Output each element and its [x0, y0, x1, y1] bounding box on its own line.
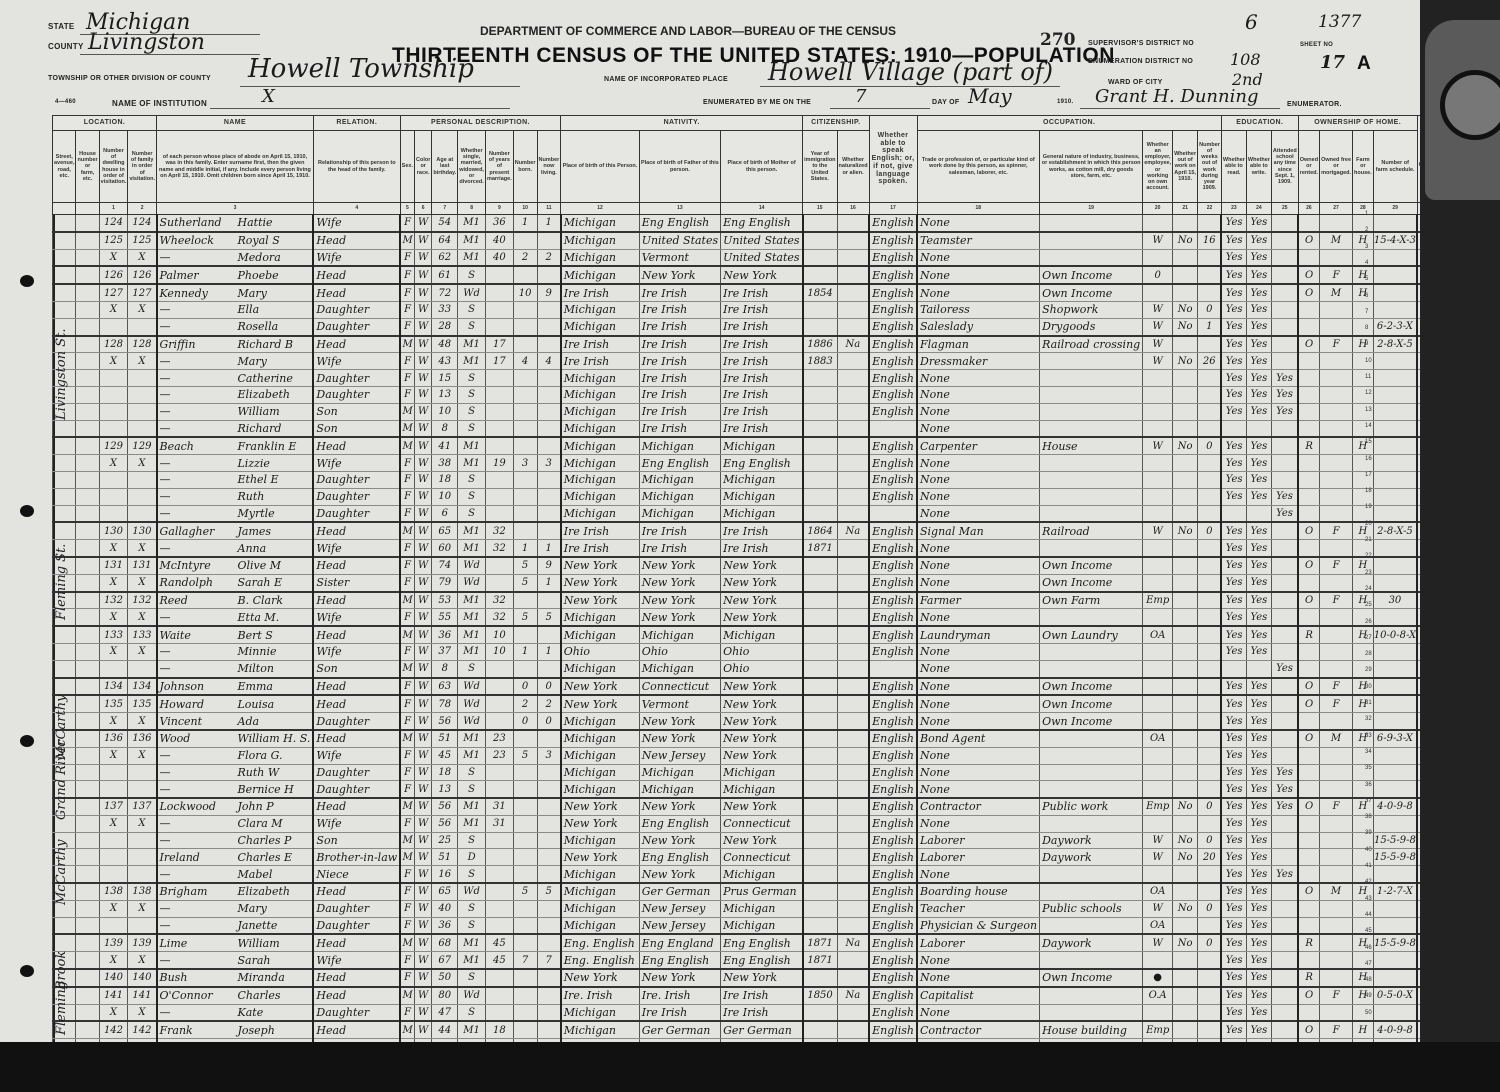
year-label: 1910.: [1057, 99, 1074, 105]
cell-wr: Yes: [1246, 832, 1271, 849]
cell-dwelling: [99, 917, 128, 934]
cell-bp: Ire Irish: [561, 336, 639, 353]
cell-family: X: [128, 1004, 157, 1021]
cell-relation: Daughter: [313, 900, 400, 917]
cell-wr: Yes: [1246, 1021, 1271, 1038]
cell-mort: [1320, 626, 1353, 643]
given-name: Mary: [238, 287, 267, 300]
cell-living: [537, 1021, 561, 1038]
cell-trade: None: [917, 266, 1040, 284]
cell-emp: OA: [1143, 917, 1173, 934]
cell-living: 7: [537, 952, 561, 969]
cell-relation: Daughter: [313, 713, 400, 730]
cell-bpm: Eng English: [721, 952, 803, 969]
cell-dwelling: [99, 849, 128, 866]
given-name: Sarah E: [238, 576, 283, 589]
cell-marital: S: [458, 266, 486, 284]
cell-sex: F: [400, 678, 414, 696]
cell-sch: [1271, 626, 1298, 643]
cell-sex: F: [400, 883, 414, 900]
cell-wr: Yes: [1246, 386, 1271, 403]
cell-living: [537, 626, 561, 643]
cell-house: [76, 883, 99, 900]
cell-rd: Yes: [1221, 730, 1246, 747]
group-location: LOCATION.: [53, 116, 157, 131]
cell-emp: [1143, 284, 1173, 301]
cell-bpf: Eng English: [639, 849, 720, 866]
cell-oow: [1173, 626, 1198, 643]
cell-industry: Own Income: [1040, 969, 1143, 987]
cell-trade: None: [917, 952, 1040, 969]
cell-race: W: [415, 574, 432, 591]
cell-sch: [1271, 987, 1298, 1004]
cell-yrs: [485, 266, 513, 284]
header-trade: Trade or profession of, or particular ki…: [917, 131, 1040, 203]
cell-age: 44: [432, 1021, 458, 1038]
line-number: 25: [1365, 602, 1372, 608]
cell-born: [513, 386, 537, 403]
cell-oow: [1173, 505, 1198, 522]
cell-relation: Head: [313, 522, 400, 539]
cell-wk: [1198, 730, 1222, 747]
cell-wk: [1198, 540, 1222, 557]
cell-born: 7: [513, 952, 537, 969]
cell-emp: W: [1143, 832, 1173, 849]
cell-wk: [1198, 505, 1222, 522]
cell-sch: [1271, 455, 1298, 472]
cell-trade: None: [917, 403, 1040, 420]
cell-name: —Ruth W: [157, 764, 314, 781]
surname: —: [160, 251, 238, 264]
cell-nat: [837, 678, 869, 696]
cell-emp: W: [1143, 301, 1173, 318]
cell-street: [53, 420, 76, 437]
cell-industry: [1040, 540, 1143, 557]
cell-mort: [1320, 747, 1353, 764]
cell-oow: [1173, 678, 1198, 696]
cell-sched: [1373, 301, 1417, 318]
column-number: 21: [1173, 203, 1198, 215]
cell-nat: [837, 815, 869, 832]
given-name: Emma: [238, 680, 273, 693]
cell-sched: 6-9-3-X: [1373, 730, 1417, 747]
cell-bpm: Michigan: [721, 764, 803, 781]
cell-trade: None: [917, 695, 1040, 712]
cell-bpm: Eng English: [721, 455, 803, 472]
cell-family: 128: [128, 336, 157, 353]
cell-nat: Na: [837, 934, 869, 951]
street-name: Fleming: [54, 981, 69, 1035]
cell-imm: 1864: [803, 522, 837, 539]
table-row: 136136WoodWilliam H. S.HeadMW51M123Michi…: [53, 730, 1500, 747]
sheet-label: SHEET No: [1300, 42, 1333, 48]
surname: —: [160, 320, 238, 333]
cell-bpm: Michigan: [721, 505, 803, 522]
cell-sex: F: [400, 900, 414, 917]
cell-dwelling: 124: [99, 215, 128, 232]
group-occupation: OCCUPATION.: [917, 116, 1221, 131]
table-row: XX—Etta M.WifeFW55M13255MichiganNew York…: [53, 609, 1500, 626]
cell-born: [513, 969, 537, 987]
cell-age: 8: [432, 420, 458, 437]
line-number: 22: [1365, 553, 1372, 559]
cell-dwelling: [99, 505, 128, 522]
cell-sch: [1271, 592, 1298, 609]
cell-wr: Yes: [1246, 781, 1271, 798]
cell-sched: [1373, 574, 1417, 591]
cell-trade: None: [917, 386, 1040, 403]
cell-name: BushMiranda: [157, 969, 314, 987]
cell-emp: [1143, 403, 1173, 420]
given-name: Janette: [238, 919, 278, 932]
cell-lang: English: [869, 643, 917, 660]
cell-living: 5: [537, 609, 561, 626]
cell-emp: W: [1143, 934, 1173, 951]
cell-age: 40: [432, 900, 458, 917]
surname: —: [160, 749, 238, 762]
cell-family: 130: [128, 522, 157, 539]
table-row: —RuthDaughterFW10SMichiganMichiganMichig…: [53, 488, 1500, 505]
cell-wr: Yes: [1246, 969, 1271, 987]
cell-mort: [1320, 370, 1353, 387]
cell-family: 139: [128, 934, 157, 951]
cell-industry: [1040, 232, 1143, 249]
cell-marital: M1: [458, 934, 486, 951]
cell-born: [513, 660, 537, 677]
cell-marital: M1: [458, 437, 486, 454]
cell-industry: Railroad crossing: [1040, 336, 1143, 353]
cell-born: [513, 866, 537, 883]
cell-nat: [837, 215, 869, 232]
cell-sched: 15-5-9-8: [1373, 934, 1417, 951]
cell-marital: M1: [458, 592, 486, 609]
cell-imm: [803, 781, 837, 798]
cell-oow: [1173, 747, 1198, 764]
cell-rd: Yes: [1221, 987, 1246, 1004]
table-row: 130130GallagherJamesHeadMW65M132Ire Iris…: [53, 522, 1500, 539]
cell-sch: Yes: [1271, 866, 1298, 883]
cell-born: 1: [513, 643, 537, 660]
cell-own: [1298, 215, 1319, 232]
cell-race: W: [415, 266, 432, 284]
cell-wk: 0: [1198, 934, 1222, 951]
cell-yrs: [485, 471, 513, 488]
cell-wr: Yes: [1246, 730, 1271, 747]
cell-wr: Yes: [1246, 522, 1271, 539]
cell-house: [76, 215, 99, 232]
cell-lang: English: [869, 215, 917, 232]
cell-living: [537, 266, 561, 284]
cell-dwelling: X: [99, 574, 128, 591]
cell-trade: None: [917, 488, 1040, 505]
cell-name: GallagherJames: [157, 522, 314, 539]
cell-name: —Bernice H: [157, 781, 314, 798]
surname: —: [160, 783, 238, 796]
cell-name: —Catherine: [157, 370, 314, 387]
cell-lang: English: [869, 471, 917, 488]
cell-emp: [1143, 660, 1173, 677]
cell-sex: F: [400, 609, 414, 626]
cell-own: O: [1298, 336, 1319, 353]
cell-born: [513, 592, 537, 609]
cell-age: 67: [432, 952, 458, 969]
cell-dwelling: X: [99, 1004, 128, 1021]
cell-age: 37: [432, 643, 458, 660]
given-name: Mary: [238, 902, 267, 915]
cell-mort: [1320, 249, 1353, 266]
surname: Kennedy: [160, 287, 238, 300]
cell-wk: 0: [1198, 301, 1222, 318]
cell-family: [128, 420, 157, 437]
cell-wr: Yes: [1246, 266, 1271, 284]
cell-wr: Yes: [1246, 488, 1271, 505]
cell-mort: [1320, 832, 1353, 849]
cell-yrs: [485, 764, 513, 781]
cell-sched: [1373, 969, 1417, 987]
cell-dwelling: [99, 318, 128, 335]
cell-lang: English: [869, 952, 917, 969]
cell-age: 8: [432, 660, 458, 677]
cell-born: 1: [513, 540, 537, 557]
supervisor-district: 6: [1245, 10, 1258, 34]
cell-imm: [803, 471, 837, 488]
county-value: Livingston: [88, 30, 205, 55]
cell-mort: [1320, 505, 1353, 522]
cell-born: [513, 522, 537, 539]
cell-wr: Yes: [1246, 917, 1271, 934]
cell-nat: [837, 952, 869, 969]
cell-street: [53, 678, 76, 696]
cell-dwelling: 140: [99, 969, 128, 987]
cell-bp: New York: [561, 815, 639, 832]
cell-race: W: [415, 540, 432, 557]
line-number: 2: [1365, 227, 1368, 233]
cell-sch: [1271, 900, 1298, 917]
cell-sex: F: [400, 643, 414, 660]
line-number: 8: [1365, 325, 1368, 331]
cell-imm: [803, 488, 837, 505]
given-name: Milton: [238, 662, 274, 675]
cell-lang: English: [869, 301, 917, 318]
cell-oow: [1173, 866, 1198, 883]
cell-age: 48: [432, 336, 458, 353]
cell-wk: 26: [1198, 353, 1222, 370]
sheet-letter: A: [1357, 53, 1371, 75]
cell-name: —Etta M.: [157, 609, 314, 626]
cell-bpf: New York: [639, 832, 720, 849]
cell-sex: M: [400, 403, 414, 420]
cell-oow: [1173, 781, 1198, 798]
cell-yrs: 45: [485, 952, 513, 969]
cell-bp: Michigan: [561, 420, 639, 437]
table-row: 128128GriffinRichard BHeadMW48M117Ire Ir…: [53, 336, 1500, 353]
cell-industry: Own Income: [1040, 695, 1143, 712]
cell-family: [128, 866, 157, 883]
cell-wk: [1198, 336, 1222, 353]
film-border: [0, 1042, 1500, 1092]
cell-trade: Dressmaker: [917, 353, 1040, 370]
cell-emp: [1143, 386, 1173, 403]
header-industry: General nature of industry, business, or…: [1040, 131, 1143, 203]
table-row: —JanetteDaughterFW36SMichiganNew JerseyM…: [53, 917, 1500, 934]
cell-bp: New York: [561, 849, 639, 866]
cell-age: 10: [432, 488, 458, 505]
cell-oow: No: [1173, 934, 1198, 951]
cell-oow: No: [1173, 832, 1198, 849]
group-name: NAME: [157, 116, 314, 131]
cell-lang: English: [869, 540, 917, 557]
cell-relation: Head: [313, 798, 400, 815]
cell-mort: [1320, 574, 1353, 591]
cell-bp: Michigan: [561, 781, 639, 798]
table-row: XX—MaryDaughterFW40SMichiganNew JerseyMi…: [53, 900, 1500, 917]
cell-wk: [1198, 660, 1222, 677]
surname: Waite: [160, 629, 238, 642]
table-row: —MabelNieceFW16SMichiganNew YorkMichigan…: [53, 866, 1500, 883]
cell-oow: No: [1173, 353, 1198, 370]
cell-living: 3: [537, 455, 561, 472]
cell-oow: [1173, 386, 1198, 403]
surname: —: [160, 473, 238, 486]
institution-value: X: [262, 86, 275, 107]
cell-imm: [803, 1021, 837, 1038]
cell-wr: Yes: [1246, 798, 1271, 815]
table-row: XX—MaryWifeFW43M11744Ire IrishIre IrishI…: [53, 353, 1500, 370]
cell-mort: [1320, 301, 1353, 318]
cell-bpf: Vermont: [639, 249, 720, 266]
cell-trade: Tailoress: [917, 301, 1040, 318]
cell-nat: [837, 695, 869, 712]
cell-imm: [803, 849, 837, 866]
cell-oow: [1173, 266, 1198, 284]
header-age: Age at last birthday.: [432, 131, 458, 203]
cell-own: [1298, 643, 1319, 660]
cell-wk: [1198, 488, 1222, 505]
cell-emp: O.A: [1143, 987, 1173, 1004]
cell-own: [1298, 386, 1319, 403]
cell-bpf: Michigan: [639, 660, 720, 677]
cell-mort: [1320, 318, 1353, 335]
cell-wr: Yes: [1246, 987, 1271, 1004]
cell-imm: 1850: [803, 987, 837, 1004]
cell-living: [537, 849, 561, 866]
cell-wr: [1246, 420, 1271, 437]
group-ownership: OWNERSHIP OF HOME.: [1298, 116, 1417, 131]
cell-sex: M: [400, 522, 414, 539]
cell-rd: Yes: [1221, 883, 1246, 900]
cell-wr: Yes: [1246, 284, 1271, 301]
cell-oow: [1173, 815, 1198, 832]
cell-mort: [1320, 1004, 1353, 1021]
surname: Frank: [160, 1024, 238, 1037]
cell-industry: Public work: [1040, 798, 1143, 815]
cell-sex: F: [400, 386, 414, 403]
cell-industry: Own Income: [1040, 557, 1143, 574]
cell-bp: Michigan: [561, 747, 639, 764]
cell-rd: Yes: [1221, 1021, 1246, 1038]
cell-bpf: Ire Irish: [639, 420, 720, 437]
cell-industry: Railroad: [1040, 522, 1143, 539]
cell-house: [76, 747, 99, 764]
given-name: Charles P: [238, 834, 292, 847]
cell-house: [76, 471, 99, 488]
table-row: XX—Clara MWifeFW56M131New YorkEng Englis…: [53, 815, 1500, 832]
given-name: Catherine: [238, 372, 293, 385]
cell-bp: Michigan: [561, 318, 639, 335]
surname: —: [160, 611, 238, 624]
cell-oow: [1173, 370, 1198, 387]
cell-sched: [1373, 1004, 1417, 1021]
cell-rd: Yes: [1221, 318, 1246, 335]
cell-yrs: [485, 403, 513, 420]
cell-name: LimeWilliam: [157, 934, 314, 951]
column-number: 16: [837, 203, 869, 215]
cell-bpm: New York: [721, 969, 803, 987]
cell-trade: Carpenter: [917, 437, 1040, 454]
cell-nat: [837, 266, 869, 284]
cell-bp: Ire Irish: [561, 522, 639, 539]
cell-emp: [1143, 471, 1173, 488]
cell-name: —Rosella: [157, 318, 314, 335]
cell-living: 4: [537, 353, 561, 370]
cell-trade: Capitalist: [917, 987, 1040, 1004]
cell-dwelling: 142: [99, 1021, 128, 1038]
cell-bpm: Ire Irish: [721, 284, 803, 301]
cell-lang: [869, 420, 917, 437]
cell-mort: F: [1320, 522, 1353, 539]
cell-family: [128, 764, 157, 781]
cell-oow: [1173, 713, 1198, 730]
header-marital: Whether single, married, widowed, or div…: [458, 131, 486, 203]
cell-industry: [1040, 488, 1143, 505]
cell-nat: [837, 609, 869, 626]
header-naturalized: Whether naturalized or alien.: [837, 131, 869, 203]
cell-dwelling: X: [99, 643, 128, 660]
cell-bp: New York: [561, 574, 639, 591]
cell-sched: [1373, 695, 1417, 712]
cell-name: ReedB. Clark: [157, 592, 314, 609]
column-number: 15: [803, 203, 837, 215]
cell-marital: S: [458, 420, 486, 437]
cell-trade: None: [917, 284, 1040, 301]
cell-bpm: New York: [721, 609, 803, 626]
cell-sch: [1271, 266, 1298, 284]
cell-imm: [803, 266, 837, 284]
cell-name: —Kate: [157, 1004, 314, 1021]
cell-living: 3: [537, 747, 561, 764]
table-row: —Ethel EDaughterFW18SMichiganMichiganMic…: [53, 471, 1500, 488]
cell-oow: No: [1173, 301, 1198, 318]
cell-born: 3: [513, 455, 537, 472]
cell-imm: [803, 574, 837, 591]
cell-wk: [1198, 883, 1222, 900]
cell-dwelling: [99, 420, 128, 437]
cell-sex: M: [400, 934, 414, 951]
cell-lang: English: [869, 713, 917, 730]
cell-living: [537, 1004, 561, 1021]
cell-own: [1298, 301, 1319, 318]
cell-house: [76, 643, 99, 660]
cell-mort: [1320, 386, 1353, 403]
cell-race: W: [415, 815, 432, 832]
cell-race: W: [415, 420, 432, 437]
cell-wr: Yes: [1246, 883, 1271, 900]
cell-nat: [837, 505, 869, 522]
cell-nat: [837, 626, 869, 643]
cell-trade: Flagman: [917, 336, 1040, 353]
cell-yrs: [485, 505, 513, 522]
cell-bpm: New York: [721, 798, 803, 815]
